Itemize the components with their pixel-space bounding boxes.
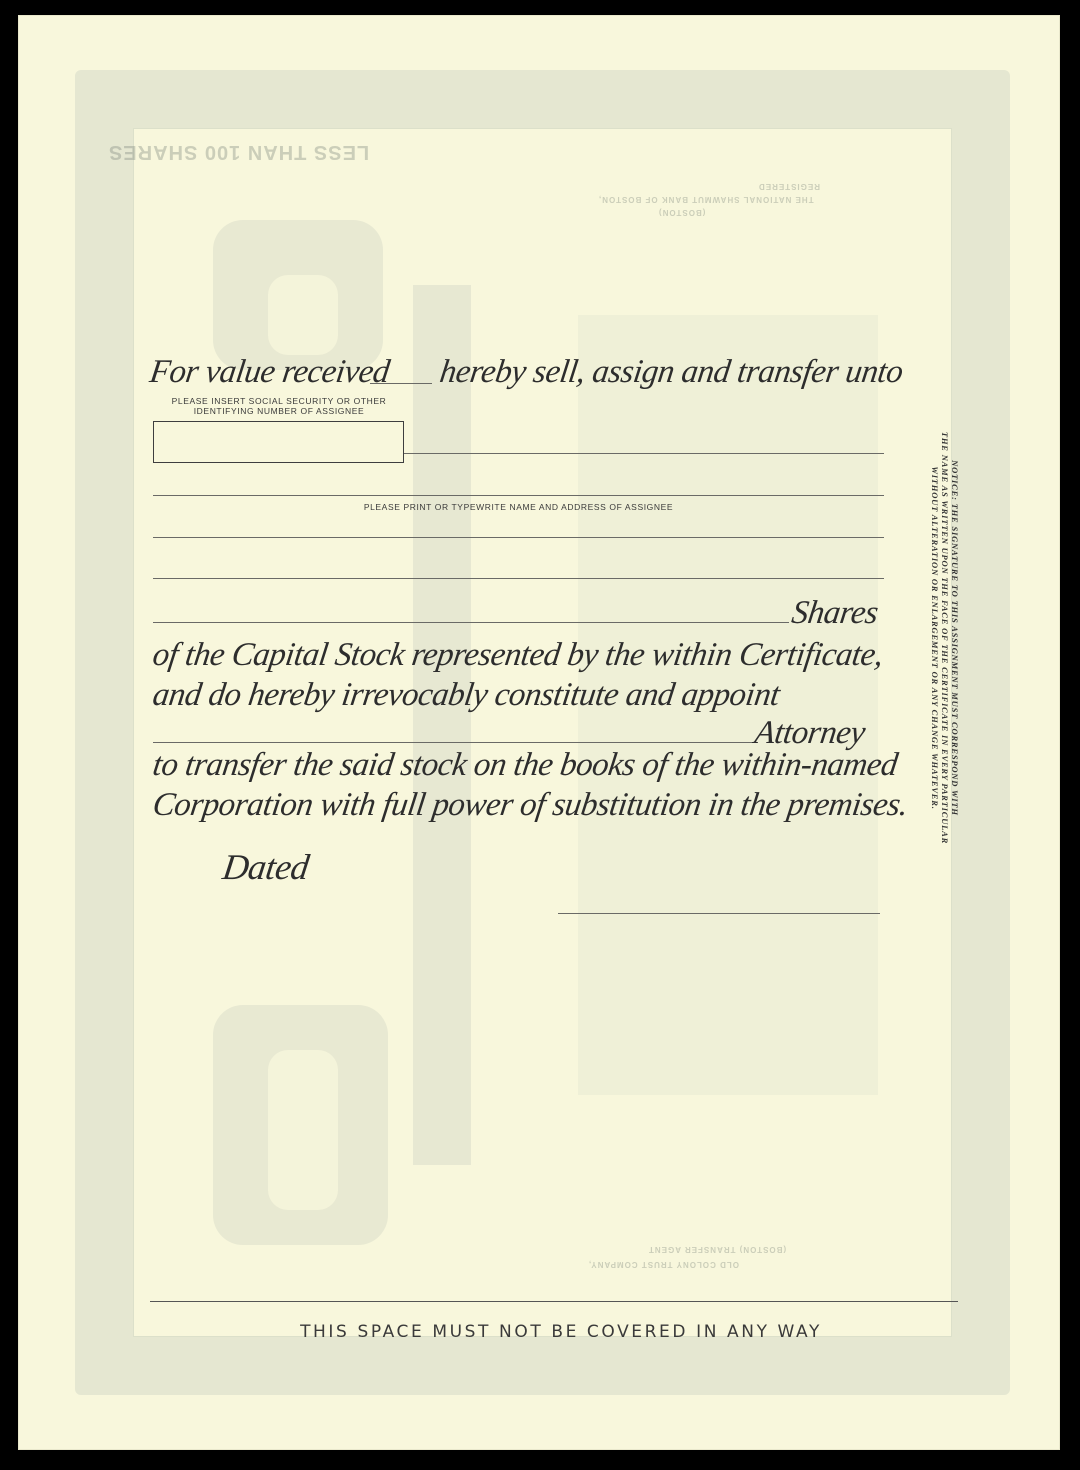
for-value-received-text: For value received	[147, 354, 391, 391]
certificate-paper: LESS THAN 100 SHARES REGISTERED THE NATI…	[18, 15, 1060, 1450]
ghost-badge-text: LESS THAN 100 SHARES	[108, 140, 369, 163]
signature-line[interactable]	[558, 913, 880, 914]
corporation-text: Corporation with full power of substitut…	[150, 787, 910, 824]
ghost-transfer-agent-2: (BOSTON) TRANSFER AGENT	[648, 1245, 786, 1254]
ssn-input-box[interactable]	[153, 421, 404, 463]
assignee-line-1[interactable]	[404, 453, 884, 454]
ghost-vignette-top-hole	[268, 275, 338, 355]
ghost-company-band	[413, 285, 471, 1165]
notice-line-2: THE NAME AS WRITTEN UPON THE FACE OF THE…	[940, 378, 950, 898]
assignee-line-4[interactable]	[153, 578, 884, 579]
grantor-line[interactable]	[370, 383, 432, 384]
do-not-cover-warning: THIS SPACE MUST NOT BE COVERED IN ANY WA…	[150, 1322, 972, 1342]
ghost-registrar-2: THE NATIONAL SHAWMUT BANK OF BOSTON,	[598, 195, 814, 204]
ghost-transfer-agent-1: OLD COLONY TRUST COMPANY,	[588, 1260, 739, 1269]
notice-line-1: NOTICE: THE SIGNATURE TO THIS ASSIGNMENT…	[950, 378, 960, 898]
ssn-label-line-2: IDENTIFYING NUMBER OF ASSIGNEE	[148, 406, 410, 416]
signature-notice: NOTICE: THE SIGNATURE TO THIS ASSIGNMENT…	[930, 378, 960, 898]
name-address-label: PLEASE PRINT OR TYPEWRITE NAME AND ADDRE…	[153, 502, 884, 512]
ghost-registrar-1: REGISTERED	[758, 182, 820, 191]
shares-quantity-line[interactable]	[153, 622, 789, 623]
footer-divider	[150, 1301, 958, 1302]
sell-assign-transfer-text: hereby sell, assign and transfer unto	[437, 354, 905, 391]
ssn-label-line-1: PLEASE INSERT SOCIAL SECURITY OR OTHER	[148, 396, 410, 406]
notice-line-3: WITHOUT ALTERATION OR ENLARGEMENT OR ANY…	[930, 378, 940, 898]
dated-label: Dated	[220, 846, 311, 888]
shares-text: Shares	[789, 595, 880, 632]
ghost-vignette-bottom-hole	[268, 1050, 338, 1210]
assignee-line-3[interactable]	[153, 537, 884, 538]
transfer-text: to transfer the said stock on the books …	[150, 747, 899, 784]
ghost-registrar-3: (BOSTON)	[658, 208, 705, 217]
appoint-text: and do hereby irrevocably constitute and…	[150, 677, 781, 714]
attorney-line[interactable]	[153, 742, 753, 743]
assignee-line-2[interactable]	[153, 495, 884, 496]
capital-stock-text: of the Capital Stock represented by the …	[150, 637, 885, 674]
